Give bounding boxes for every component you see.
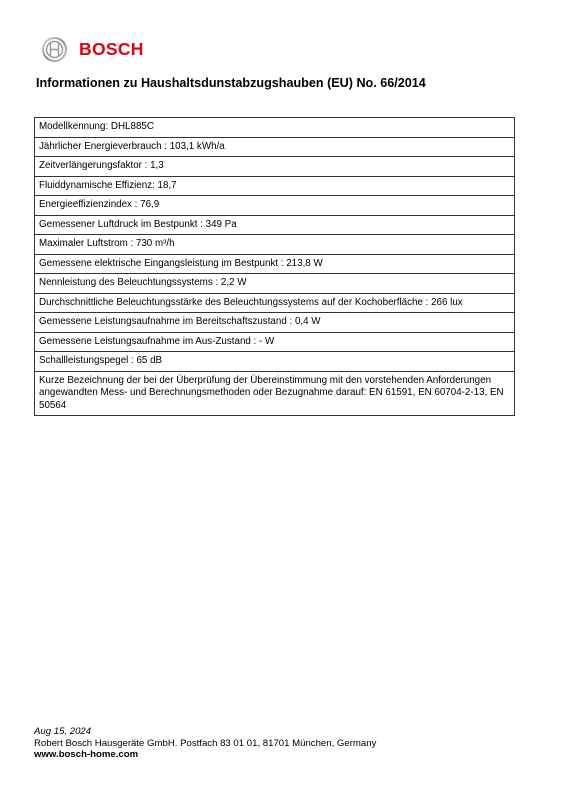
table-cell: Energieeffizienzindex : 76,9 (35, 196, 515, 216)
table-cell: Zeitverlängerungsfaktor : 1,3 (35, 157, 515, 177)
table-row: Nennleistung des Beleuchtungssystems : 2… (35, 274, 515, 294)
table-row: Gemessene Leistungsaufnahme im Aus-Zusta… (35, 332, 515, 352)
table-row: Maximaler Luftstrom : 730 m³/h (35, 235, 515, 255)
table-row: Jährlicher Energieverbrauch : 103,1 kWh/… (35, 137, 515, 157)
table-cell: Kurze Bezeichnung der bei der Überprüfun… (35, 371, 515, 416)
table-cell: Nennleistung des Beleuchtungssystems : 2… (35, 274, 515, 294)
table-cell: Fluiddynamische Effizienz: 18,7 (35, 176, 515, 196)
page-title: Informationen zu Haushaltsdunstabzugshau… (36, 76, 426, 90)
table-row: Gemessene Leistungsaufnahme im Bereitsch… (35, 313, 515, 333)
footer-date: Aug 15, 2024 (34, 726, 376, 738)
brand-name: BOSCH (79, 39, 144, 60)
table-row: Durchschnittliche Beleuchtungsstärke des… (35, 293, 515, 313)
footer-website-link[interactable]: www.bosch-home.com (34, 749, 376, 761)
brand-logo: BOSCH (42, 36, 144, 62)
table-cell: Jährlicher Energieverbrauch : 103,1 kWh/… (35, 137, 515, 157)
table-row: Fluiddynamische Effizienz: 18,7 (35, 176, 515, 196)
table-cell: Maximaler Luftstrom : 730 m³/h (35, 235, 515, 255)
table-row: Kurze Bezeichnung der bei der Überprüfun… (35, 371, 515, 416)
table-cell: Durchschnittliche Beleuchtungsstärke des… (35, 293, 515, 313)
bosch-armature-icon (42, 37, 67, 62)
table-row: Zeitverlängerungsfaktor : 1,3 (35, 157, 515, 177)
table-row: Gemessener Luftdruck im Bestpunkt : 349 … (35, 215, 515, 235)
table-cell: Gemessene Leistungsaufnahme im Bereitsch… (35, 313, 515, 333)
table-row: Modellkennung: DHL885C (35, 118, 515, 138)
table-row: Schallleistungspegel : 65 dB (35, 352, 515, 372)
table-cell: Schallleistungspegel : 65 dB (35, 352, 515, 372)
table-row: Energieeffizienzindex : 76,9 (35, 196, 515, 216)
footer: Aug 15, 2024 Robert Bosch Hausgeräte Gmb… (34, 726, 376, 761)
table-cell: Gemessener Luftdruck im Bestpunkt : 349 … (35, 215, 515, 235)
table-row: Gemessene elektrische Eingangsleistung i… (35, 254, 515, 274)
table-cell: Modellkennung: DHL885C (35, 118, 515, 138)
footer-address: Robert Bosch Hausgeräte GmbH. Postfach 8… (34, 738, 376, 750)
product-info-table: Modellkennung: DHL885CJährlicher Energie… (34, 117, 515, 416)
table-cell: Gemessene elektrische Eingangsleistung i… (35, 254, 515, 274)
table-cell: Gemessene Leistungsaufnahme im Aus-Zusta… (35, 332, 515, 352)
